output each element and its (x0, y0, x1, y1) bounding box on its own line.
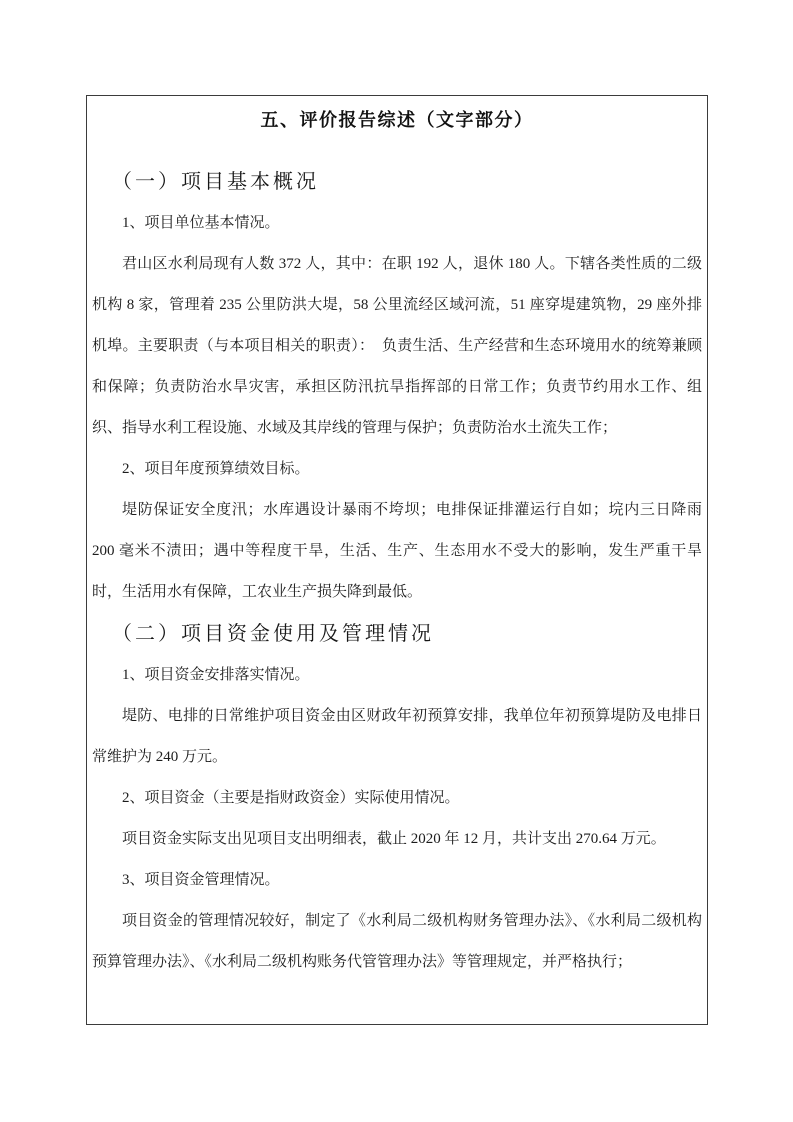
paragraph-unit-basics-body: 君山区水利局现有人数 372 人，其中：在职 192 人，退休 180 人。下辖… (92, 244, 702, 449)
paragraph-fund-actual-use-label: 2、项目资金（主要是指财政资金）实际使用情况。 (92, 778, 702, 819)
paragraph-fund-arrangement-body: 堤防、电排的日常维护项目资金由区财政年初预算安排，我单位年初预算堤防及电排日常维… (92, 696, 702, 778)
paragraph-budget-goal-label: 2、项目年度预算绩效目标。 (92, 449, 702, 490)
paragraph-unit-basics-label: 1、项目单位基本情况。 (92, 203, 702, 244)
paragraph-fund-actual-use-body: 项目资金实际支出见项目支出明细表，截止 2020 年 12 月，共计支出 270… (92, 819, 702, 860)
paragraph-fund-arrangement-label: 1、项目资金安排落实情况。 (92, 655, 702, 696)
report-table-cell: 五、评价报告综述（文字部分） （一）项目基本概况 1、项目单位基本情况。 君山区… (86, 95, 708, 1025)
report-body: （一）项目基本概况 1、项目单位基本情况。 君山区水利局现有人数 372 人，其… (87, 161, 707, 983)
section-title: 五、评价报告综述（文字部分） (87, 107, 707, 133)
heading-fund-usage: （二）项目资金使用及管理情况 (92, 613, 702, 655)
paragraph-fund-management-label: 3、项目资金管理情况。 (92, 860, 702, 901)
heading-project-overview: （一）项目基本概况 (92, 161, 702, 203)
document-page: 五、评价报告综述（文字部分） （一）项目基本概况 1、项目单位基本情况。 君山区… (0, 0, 793, 1122)
paragraph-fund-management-body: 项目资金的管理情况较好，制定了《水利局二级机构财务管理办法》、《水利局二级机构预… (92, 901, 702, 983)
paragraph-budget-goal-body: 堤防保证安全度汛；水库遇设计暴雨不垮坝；电排保证排灌运行自如；垸内三日降雨 20… (92, 490, 702, 613)
